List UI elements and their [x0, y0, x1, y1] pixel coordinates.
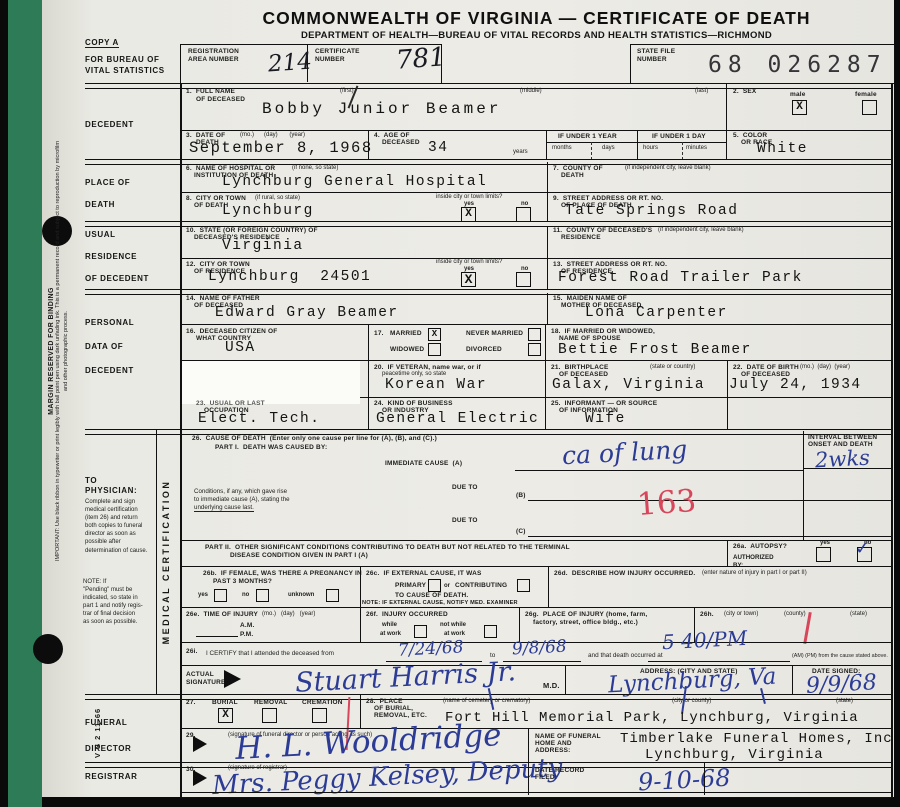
f26b-unknown-label: unknown: [288, 592, 314, 599]
divider: [591, 142, 592, 160]
f26e-pm-label: P.M.: [240, 631, 253, 639]
f8-no-checkbox: [516, 207, 531, 222]
f4-label-2: DECEASED: [382, 139, 420, 147]
divider: [547, 293, 548, 324]
f1-hint-first: (first): [340, 88, 354, 95]
f26f-at-work-label: at work: [380, 631, 401, 638]
signature-arrow-icon: [193, 770, 207, 786]
f26a-authorized-by: AUTHORIZED BY:: [733, 554, 793, 571]
red-code-163: 163: [636, 483, 698, 523]
f26d-label: 26d. DESCRIBE HOW INJURY OCCURRED.: [554, 570, 695, 578]
f17-married-label: MARRIED: [390, 330, 422, 338]
registration-area-label: REGISTRATION AREA NUMBER: [188, 48, 239, 64]
f26g-label-1: 26g. PLACE OF INJURY (home, farm,: [525, 611, 647, 619]
divider: [565, 665, 566, 695]
state-file-label: STATE FILE NUMBER: [637, 48, 675, 64]
f26c-or-label: or: [444, 583, 450, 590]
f17-widowed-checkbox: [428, 343, 441, 356]
binding-margin-title: MARGIN RESERVED FOR BINDING: [48, 136, 55, 566]
f26f-while-checkbox: [414, 625, 427, 638]
f26-part1: PART I. DEATH WAS CAUSED BY:: [215, 444, 327, 452]
f26h-state-hint: (state): [850, 611, 867, 618]
f26-immediate-cause-label: IMMEDIATE CAUSE (A): [385, 460, 462, 468]
f1-label-1: 1. FULL NAME: [186, 88, 235, 96]
f17-number: 17.: [374, 330, 384, 338]
f26e-label: 26e. TIME OF INJURY: [186, 611, 258, 619]
f8-value: Lynchburg: [222, 203, 314, 219]
to-physician-2: PHYSICIAN:: [85, 486, 137, 495]
f22-hint: (mo.) (day) (year): [800, 364, 850, 371]
divider: [368, 360, 369, 430]
f17-divorced-label: DIVORCED: [466, 346, 502, 354]
section-registrar: REGISTRAR: [85, 772, 138, 781]
divider: [548, 566, 549, 607]
binding-green-strip: [8, 0, 42, 807]
f28-value: Fort Hill Memorial Park, Lynchburg, Virg…: [445, 710, 859, 726]
under-1-day-label: IF UNDER 1 DAY: [652, 133, 706, 141]
divider: [682, 142, 683, 160]
actual-signature-label-1: ACTUAL: [186, 671, 214, 679]
bureau-line1: FOR BUREAU OF: [85, 55, 159, 64]
f26b-label-2: PAST 3 MONTHS?: [213, 578, 272, 586]
f12-no-checkbox: [516, 272, 531, 287]
f26i-number: 26i.: [186, 648, 198, 656]
f8-hint: (if rural, so state): [255, 195, 300, 202]
f26h-number: 26h.: [700, 611, 714, 619]
divider: [180, 566, 893, 567]
section-usual-residence-2: RESIDENCE: [85, 252, 137, 261]
f26c-contributing-checkbox: [517, 579, 530, 592]
f26e-am-label: A.M.: [240, 622, 255, 630]
divider: [368, 324, 369, 360]
f26c-contributing-label: CONTRIBUTING: [455, 582, 507, 590]
divider: [726, 84, 727, 160]
divider: [637, 130, 638, 160]
certificate-subtitle: DEPARTMENT OF HEALTH—BUREAU OF VITAL REC…: [180, 30, 893, 41]
bureau-line2: VITAL STATISTICS: [85, 66, 165, 75]
divider: [704, 763, 705, 795]
f1-label-2: OF DECEASED: [196, 96, 245, 104]
section-place-of-death-1: PLACE OF: [85, 178, 130, 187]
punch-hole: [33, 634, 63, 664]
f1-hint-middle: (middle): [520, 88, 542, 95]
binding-margin-text: IMPORTANT: Use black ribbon in typewrite…: [55, 136, 71, 566]
f26h-city-hint: (city or town): [724, 611, 758, 618]
f10-value: Virginia: [222, 238, 304, 254]
part2-text-2: DISEASE CONDITION GIVEN IN PART I (A): [230, 552, 368, 560]
f26-conditions-underlined: underlying cause last.: [194, 504, 254, 512]
redaction-box: [182, 361, 360, 404]
f26f-not-while-label: not while: [440, 622, 466, 629]
f26i-to-ink: 9/8/68: [512, 637, 568, 660]
f26c-label-1: 26c. IF EXTERNAL CAUSE, IT WAS: [366, 570, 482, 578]
f28-label-3: REMOVAL, ETC.: [374, 712, 427, 720]
section-personal-data-2: DATA OF: [85, 342, 123, 351]
f8-yes-checkbox: X: [461, 207, 476, 222]
section-funeral-director-1: FUNERAL: [85, 718, 127, 727]
f26c-label-2: TO CAUSE OF DEATH.: [395, 592, 468, 600]
divider: [528, 536, 893, 537]
divider: [803, 431, 804, 540]
divider: [891, 84, 893, 797]
section-usual-residence-1: USUAL: [85, 230, 116, 239]
f26f-label: 26f. INJURY OCCURRED: [366, 611, 448, 619]
f27-burial-label: BURIAL: [212, 699, 238, 707]
f11-hint: (if independent city, leave blank): [658, 227, 744, 234]
copy-label: COPY A: [85, 38, 119, 48]
f18-value: Bettie Frost Beamer: [558, 342, 752, 358]
divider: [180, 258, 893, 259]
f27-burial-checkbox: X: [218, 708, 233, 723]
certificate-number-label: CERTIFICATE NUMBER: [315, 48, 360, 64]
section-decedent: DECEDENT: [85, 120, 134, 129]
hours-label: hours: [643, 145, 658, 152]
divider: [180, 665, 893, 666]
divider: [196, 636, 238, 637]
f26-c-label: (C): [516, 528, 526, 536]
f17-married-checkbox: X: [428, 328, 441, 341]
f6-value: Lynchburg General Hospital: [222, 174, 487, 190]
f27-removal-checkbox: [262, 708, 277, 723]
f9-value: Tate Springs Road: [565, 203, 738, 219]
f26c-note: NOTE: IF EXTERNAL CAUSE, NOTIFY MED. EXA…: [362, 600, 518, 607]
f6-hint: (if none, so state): [292, 165, 338, 172]
f11-label-2: RESIDENCE: [561, 234, 601, 242]
f23-value: Elect. Tech.: [198, 411, 320, 427]
divider: [803, 468, 893, 469]
days-label: days: [602, 145, 615, 152]
divider: [180, 607, 893, 608]
divider: [528, 763, 529, 795]
f26i-pre-text: I CERTIFY that I attended the deceased f…: [206, 650, 334, 658]
divider: [180, 792, 893, 798]
f26f-not-while-checkbox: [484, 625, 497, 638]
f26g-label-2: factory, street, office bldg., etc.): [533, 619, 638, 627]
part2-text-1: PART II. OTHER SIGNIFICANT CONDITIONS CO…: [205, 544, 570, 552]
f7-hint: (if independent city, leave blank): [625, 165, 711, 172]
section-place-of-death-2: DEATH: [85, 200, 115, 209]
f26i-mid-text: and that death occurred at: [588, 652, 663, 660]
f26b-yes-label: yes: [198, 592, 208, 599]
md-label: M.D.: [543, 681, 560, 690]
f2-male-checkbox: X: [792, 100, 807, 115]
divider: [360, 695, 361, 728]
divider: [180, 540, 893, 541]
f2-label: 2. SEX: [733, 88, 756, 96]
f21-value: Galax, Virginia: [552, 377, 705, 393]
divider: [515, 470, 803, 471]
f28-hint-city: (city or county): [672, 698, 711, 705]
f2-male-label: male: [790, 91, 806, 99]
f30-date-label-2: FILED:: [535, 774, 557, 782]
f26-head: 26. CAUSE OF DEATH (Enter only one cause…: [192, 435, 437, 443]
actual-signature-label-2: SIGNATURE: [186, 679, 226, 687]
f26b-no-checkbox: [256, 589, 269, 602]
f26d-hint: (enter nature of injury in part I or par…: [702, 570, 807, 577]
under-1-year-label: IF UNDER 1 YEAR: [558, 133, 617, 141]
divider: [727, 540, 728, 566]
divider: [545, 324, 546, 360]
signature-arrow-icon: [193, 736, 207, 752]
f26i-time-ink: 5 40/PM: [661, 626, 747, 654]
divider: [180, 84, 182, 797]
f22-value: July 24, 1934: [729, 377, 862, 393]
divider: [368, 130, 369, 160]
f24-value: General Electric: [376, 411, 539, 427]
f28-hint-cemetery: (name of cemetery or crematory): [443, 698, 530, 705]
f26f-while-label: while: [382, 622, 397, 629]
divider: [519, 607, 520, 642]
f16-value: USA: [225, 340, 256, 356]
section-personal-data-3: DECEDENT: [85, 366, 134, 375]
f26b-unknown-checkbox: [326, 589, 339, 602]
divider: [648, 661, 790, 662]
f21-hint: (state or country): [650, 364, 695, 371]
f26-due-to-2: DUE TO: [452, 517, 478, 525]
f4-value: 34: [428, 140, 448, 156]
f17-never-married-label: NEVER MARRIED: [466, 330, 523, 338]
signature-arrow-icon: [224, 670, 241, 688]
f12-yes-checkbox: X: [461, 272, 476, 287]
f1-hint-last: (last): [695, 88, 708, 95]
f27-number: 27.: [186, 699, 196, 707]
f26i-from-ink: 7/24/68: [398, 637, 465, 660]
divider: [792, 665, 793, 695]
f26a-label: 26a. AUTOPSY?: [733, 543, 787, 551]
f4-years-label: years: [513, 149, 528, 156]
binding-margin-note: MARGIN RESERVED FOR BINDING IMPORTANT: U…: [48, 136, 71, 566]
f26i-post-text: (AM) (PM) from the cause stated above.: [792, 653, 888, 659]
f14-value: Edward Gray Beamer: [215, 305, 399, 321]
f2-female-label: female: [855, 91, 877, 99]
certificate-number-value: 781: [395, 42, 447, 75]
f26a-no-checkmark: ✓: [854, 538, 870, 560]
f27-removal-label: REMOVAL: [254, 699, 287, 707]
minutes-label: minutes: [686, 145, 707, 152]
divider: [156, 430, 157, 695]
divider: [180, 192, 893, 193]
section-personal-data-1: PERSONAL: [85, 318, 134, 327]
f26h-county-hint: (county): [784, 611, 806, 618]
f12-value: Lynchburg 24501: [208, 269, 371, 285]
f20-value: Korean War: [385, 377, 487, 393]
f26c-primary-checkbox: [428, 579, 441, 592]
f17-never-married-checkbox: [528, 328, 541, 341]
section-funeral-director-2: DIRECTOR: [85, 744, 131, 753]
death-certificate-scan: MARGIN RESERVED FOR BINDING IMPORTANT: U…: [0, 0, 900, 807]
f26b-label-1: 26b. IF FEMALE, WAS THERE A PREGNANCY IN: [203, 570, 362, 578]
f26a-yes-checkbox: [816, 547, 831, 562]
divider: [545, 360, 546, 397]
months-label: months: [552, 145, 572, 152]
f27-cremation-checkbox: [312, 708, 327, 723]
f17-divorced-checkbox: [528, 343, 541, 356]
f26-due-to-1: DUE TO: [452, 484, 478, 492]
section-usual-residence-3: OF DECEDENT: [85, 274, 149, 283]
medical-certification-vertical-label: MEDICAL CERTIFICATION: [161, 434, 171, 690]
f2-female-checkbox: [862, 100, 877, 115]
state-file-value: 68 026287: [708, 52, 887, 78]
f13-value: Forest Road Trailer Park: [558, 270, 803, 286]
to-physician-note: Complete and sign medical certification …: [85, 498, 151, 555]
divider: [360, 607, 361, 642]
divider: [180, 324, 893, 325]
f26-conditions-note: Conditions, if any, which gave rise to i…: [194, 488, 334, 505]
divider: [727, 360, 728, 430]
f26c-primary-label: PRIMARY: [395, 582, 426, 590]
f25-value: Wife: [585, 411, 626, 427]
to-physician-1: TO: [85, 476, 97, 485]
f26e-hint: (mo.) (day) (year): [262, 611, 315, 618]
certificate-title: COMMONWEALTH OF VIRGINIA — CERTIFICATE O…: [180, 8, 893, 29]
f15-value: Lona Carpenter: [585, 305, 728, 321]
f5-value: White: [757, 141, 808, 157]
divider: [545, 397, 546, 430]
pending-note: NOTE: If "Pending" must be indicated, so…: [83, 578, 163, 627]
f26b-yes-checkbox: [214, 589, 227, 602]
f27-cremation-label: CREMATION: [302, 699, 343, 707]
registration-area-value: 214: [267, 49, 313, 78]
f3-value: September 8, 1968: [189, 139, 373, 157]
f26b-no-label: no: [242, 592, 249, 599]
f7-label-2: DEATH: [561, 172, 584, 180]
f26-b-label: (B): [516, 492, 526, 500]
divider: [528, 500, 893, 501]
f29-home-value-1: Timberlake Funeral Homes, Inc: [620, 731, 893, 747]
divider: [546, 130, 547, 160]
f1-value: Bobby Junior Beamer: [262, 100, 501, 118]
f29-home-value-2: Lynchburg, Virginia: [645, 747, 824, 763]
f17-widowed-label: WIDOWED: [390, 346, 424, 354]
f28-hint-state: (state): [836, 698, 853, 705]
